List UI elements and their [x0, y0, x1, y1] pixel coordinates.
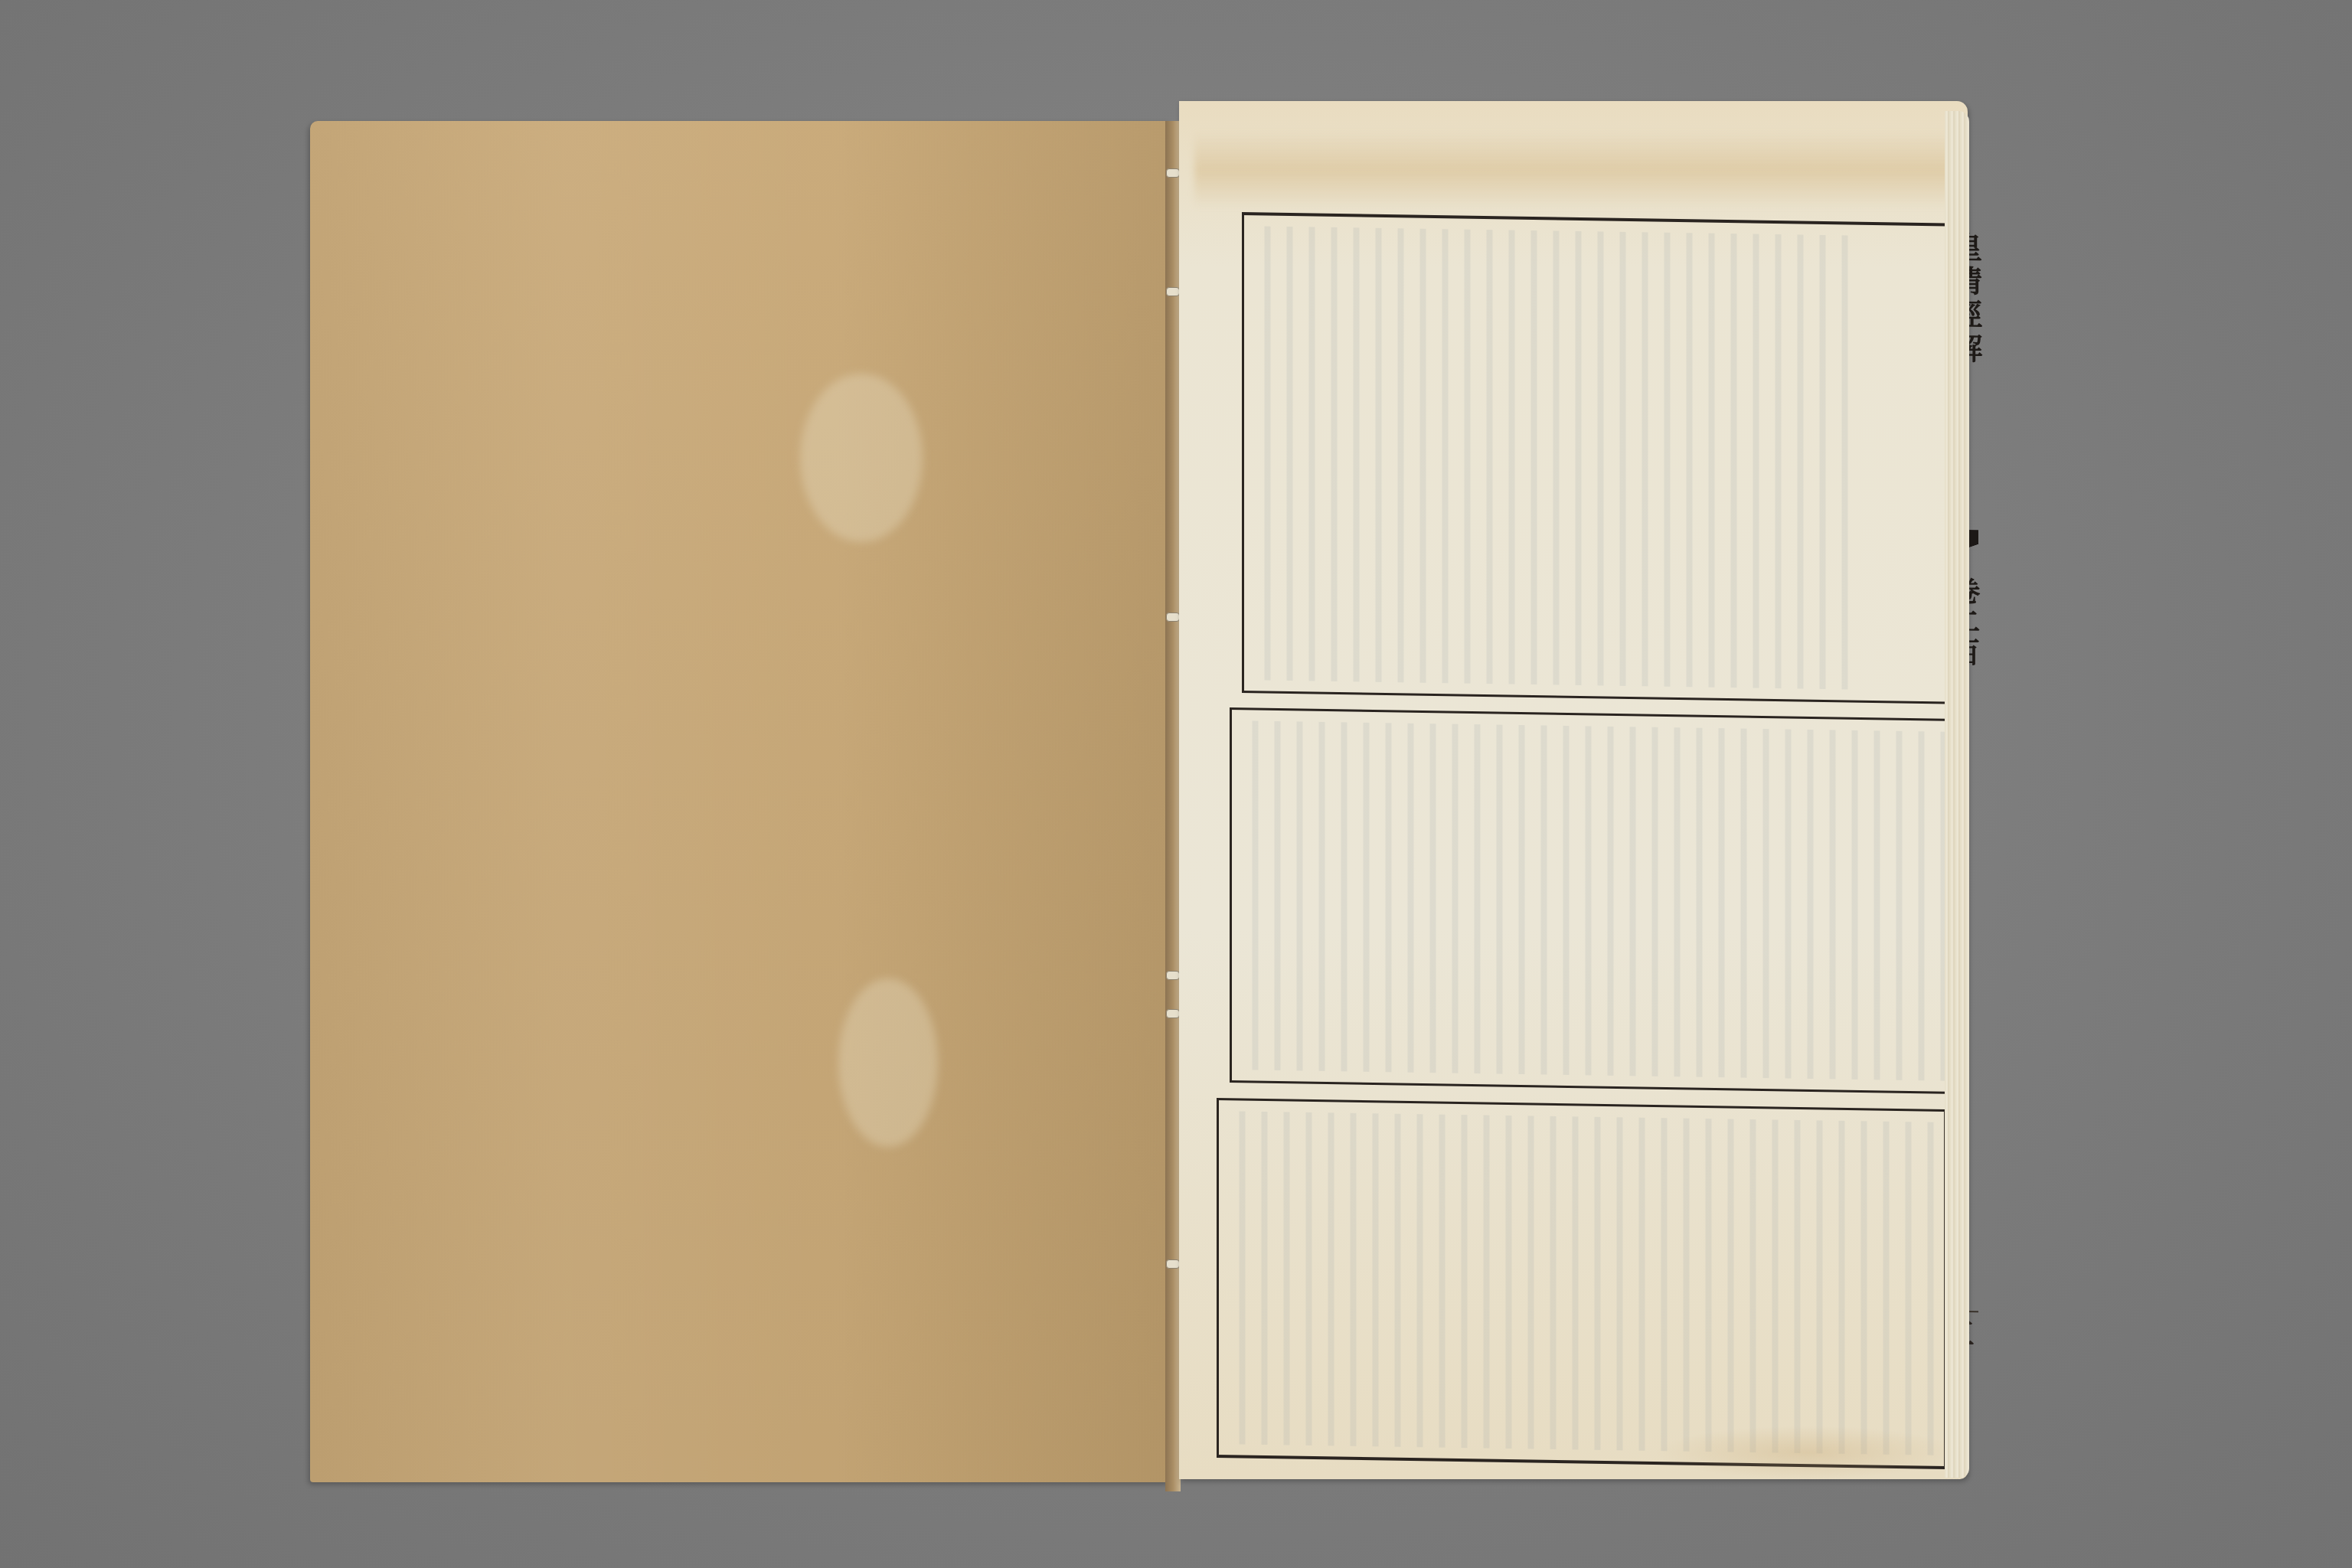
left-endpaper: [310, 121, 1169, 1482]
book-photo: 皇清經解 卷二百 三: [0, 0, 2352, 1568]
fore-edge-pages: [1945, 111, 1969, 1478]
show-through-text: [1228, 1111, 1935, 1455]
show-through-text: [1241, 720, 1945, 1080]
foxing-stain: [1194, 132, 1960, 208]
foxing-stain: [1654, 1426, 1960, 1479]
right-printed-page: 皇清經解 卷二百 三: [1179, 101, 1968, 1479]
binding-stitch: [1166, 168, 1180, 178]
spine-gutter: [1165, 121, 1181, 1491]
wear-mark: [800, 374, 923, 542]
binding-stitch: [1166, 612, 1180, 622]
page-shading: [838, 121, 1169, 1482]
text-panel-middle: [1230, 707, 1955, 1094]
binding-stitch: [1166, 971, 1180, 980]
binding-stitch: [1166, 1259, 1180, 1269]
text-panel-lower: [1217, 1098, 1945, 1469]
text-panel-upper: [1242, 212, 1965, 704]
wear-mark: [838, 978, 938, 1147]
binding-stitch: [1166, 287, 1180, 296]
binding-stitch: [1166, 1009, 1180, 1018]
show-through-text: [1253, 226, 1849, 689]
